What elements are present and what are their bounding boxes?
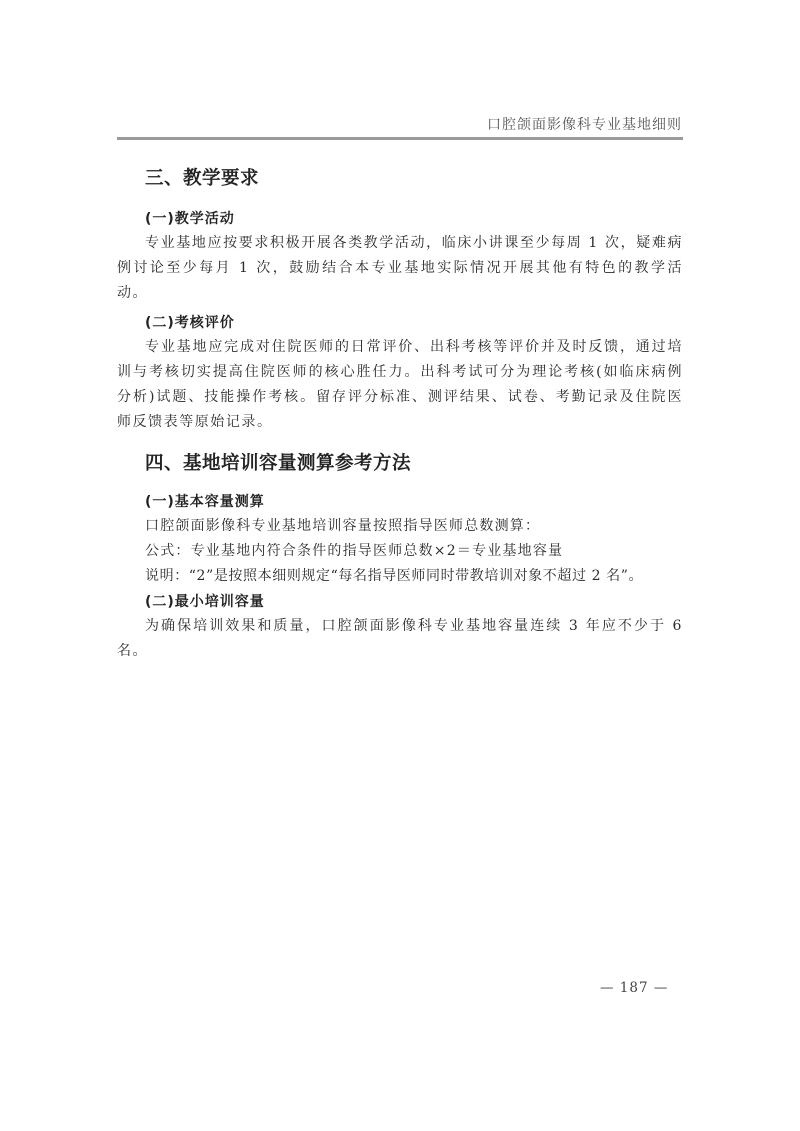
- subsection-heading-teaching-activities: (一)教学活动: [117, 208, 683, 228]
- subsection-heading-basic-capacity: (一)基本容量测算: [117, 491, 683, 511]
- line-capacity-basis: 口腔颌面影像科专业基地培训容量按照指导医师总数测算：: [117, 514, 683, 539]
- paragraph-assessment: 专业基地应完成对住院医师的日常评价、出科考核等评价并及时反馈，通过培训与考核切实…: [117, 335, 683, 435]
- running-header-title: 口腔颌面影像科专业基地细则: [487, 114, 682, 134]
- paragraph-teaching-activities: 专业基地应按要求积极开展各类教学活动，临床小讲课至少每周 1 次，疑难病例讨论至…: [117, 231, 683, 306]
- page-number: — 187 —: [600, 980, 668, 996]
- header-rule: [117, 137, 683, 140]
- subsection-heading-assessment: (二)考核评价: [117, 312, 683, 332]
- section-heading-capacity-calculation: 四、基地培训容量测算参考方法: [117, 449, 683, 475]
- line-formula: 公式：专业基地内符合条件的指导医师总数×2＝专业基地容量: [117, 539, 683, 564]
- page-content: 三、教学要求 (一)教学活动 专业基地应按要求积极开展各类教学活动，临床小讲课至…: [117, 160, 683, 664]
- section-heading-teaching-requirements: 三、教学要求: [117, 164, 683, 190]
- line-explanation: 说明：“2”是按照本细则规定“每名指导医师同时带教培训对象不超过 2 名”。: [117, 564, 683, 589]
- paragraph-minimum-capacity: 为确保培训效果和质量，口腔颌面影像科专业基地容量连续 3 年应不少于 6 名。: [117, 614, 683, 664]
- subsection-heading-minimum-capacity: (二)最小培训容量: [117, 591, 683, 611]
